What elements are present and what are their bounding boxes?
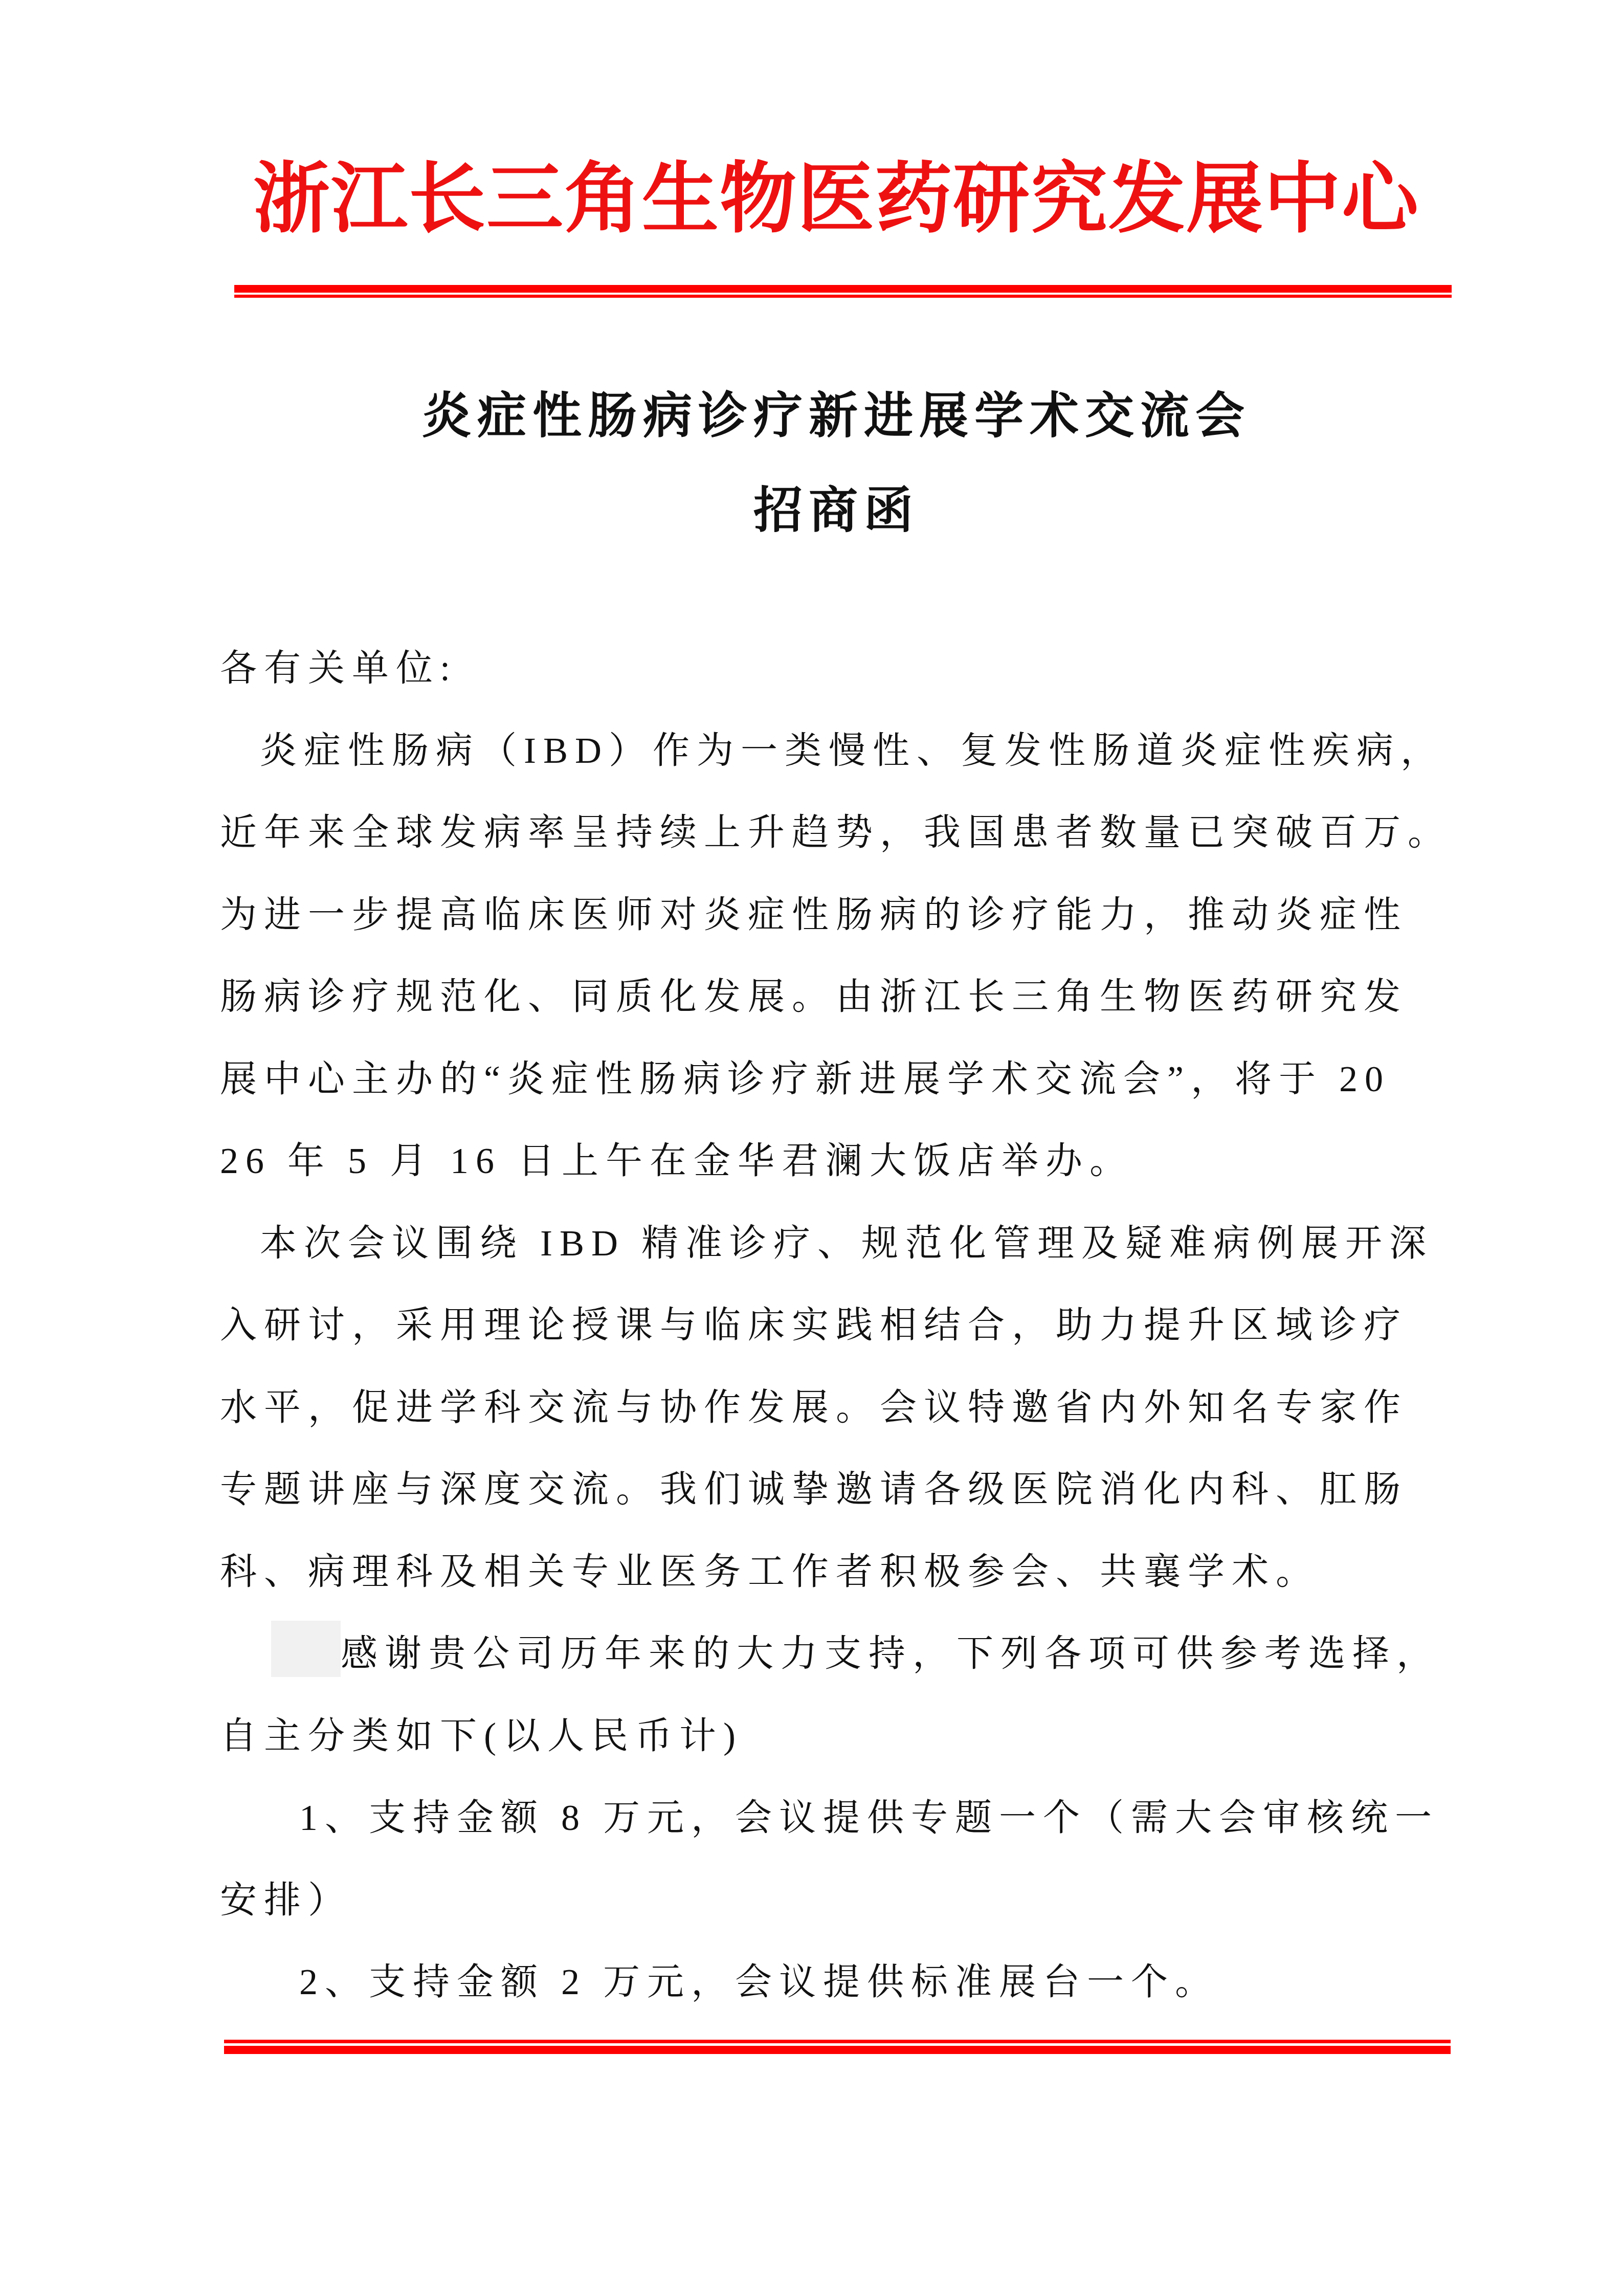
body-line: 1、支持金额 8 万元，会议提供专题一个（需大会审核统一 [220,1777,1458,1859]
red-divider-bottom-thick-bar [224,2046,1451,2054]
body-line: 26 年 5 月 16 日上午在金华君澜大饭店举办。 [220,1120,1458,1202]
letterhead-org-name: 浙江长三角生物医药研究发展中心 [220,136,1453,263]
body-line: 本次会议围绕 IBD 精准诊疗、规范化管理及疑难病例展开深 [220,1202,1458,1285]
body-line: 肠病诊疗规范化、同质化发展。由浙江长三角生物医药研究发 [220,956,1458,1038]
body-text: 各有关单位:炎症性肠病（IBD）作为一类慢性、复发性肠道炎症性疾病，近年来全球发… [220,627,1458,2023]
red-divider-bottom-thin-line [224,2040,1451,2043]
red-divider-top-thin-line [234,295,1452,298]
body-line: 安排） [220,1859,1458,1941]
document-title-line1: 炎症性肠病诊疗新进展学术交流会 [220,380,1453,452]
body-line: 科、病理科及相关专业医务工作者积极参会、共襄学术。 [220,1531,1458,1613]
body-line: 入研讨，采用理论授课与临床实践相结合，助力提升区域诊疗 [220,1284,1458,1366]
body-line: 展中心主办的“炎症性肠病诊疗新进展学术交流会”，将于 20 [220,1038,1458,1120]
body-line: 近年来全球发病率呈持续上升趋势，我国患者数量已突破百万。 [220,791,1458,874]
body-line: 自主分类如下(以人民币计) [220,1695,1458,1777]
red-divider-top [234,285,1452,298]
body-line: 水平，促进学科交流与协作发展。会议特邀省内外知名专家作 [220,1366,1458,1449]
body-line: 为进一步提高临床医师对炎症性肠病的诊疗能力，推动炎症性 [220,874,1458,956]
red-divider-top-thick-bar [234,285,1452,293]
document-title-line2: 招商函 [220,475,1453,546]
document-page: 浙江长三角生物医药研究发展中心 炎症性肠病诊疗新进展学术交流会 招商函 各有关单… [0,0,1623,2296]
body-line: 感谢贵公司历年来的大力支持，下列各项可供参考选择， [220,1613,1458,1695]
body-line: 炎症性肠病（IBD）作为一类慢性、复发性肠道炎症性疾病， [220,710,1458,792]
red-divider-bottom [224,2040,1451,2054]
body-line: 2、支持金额 2 万元，会议提供标准展台一个。 [220,1941,1458,2023]
body-line: 专题讲座与深度交流。我们诚挚邀请各级医院消化内科、肛肠 [220,1448,1458,1531]
body-line: 各有关单位: [220,627,1458,710]
redaction-box [271,1621,341,1677]
